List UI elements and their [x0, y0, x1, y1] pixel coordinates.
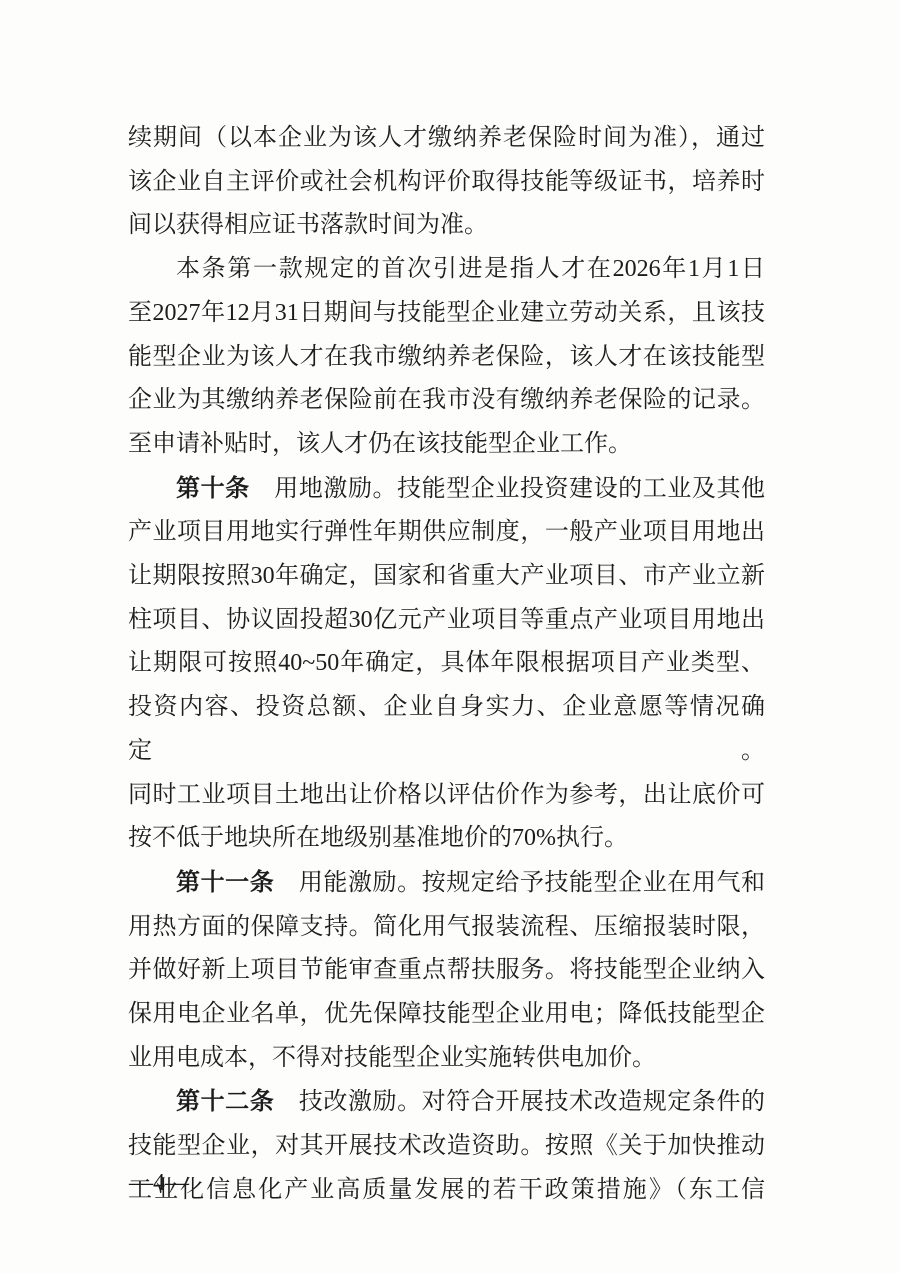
text-line: 本条第一款规定的首次引进是指人才在2026年1月1日 — [128, 248, 765, 292]
line-text: 业用电成本，不得对技能型企业实施转供电加价。 — [128, 1045, 656, 1071]
text-line: 按不低于地块所在地级别基准地价的70%执行。 — [128, 817, 765, 861]
article-number-bold: 第十一条 — [176, 869, 274, 896]
line-text: 按不低于地块所在地级别基准地价的70%执行。 — [128, 825, 628, 851]
text-line: 企业为其缴纳养老保险前在我市没有缴纳养老保险的记录。 — [128, 379, 765, 423]
text-line: 工业化信息化产业高质量发展的若干政策措施》（东工信 — [128, 1169, 765, 1213]
line-text: 用地激励。技能型企业投资建设的工业及其他 — [250, 476, 765, 502]
text-line: 用热方面的保障支持。简化用气报装流程、压缩报装时限， — [128, 906, 765, 950]
line-text: 用热方面的保障支持。简化用气报装流程、压缩报装时限， — [128, 914, 765, 940]
line-text: 本条第一款规定的首次引进是指人才在2026年1月1日 — [176, 256, 765, 282]
document-page: 续期间（以本企业为该人才缴纳养老保险时间为准），通过该企业自主评价或社会机构评价… — [0, 0, 900, 1273]
line-text: 续期间（以本企业为该人才缴纳养老保险时间为准），通过 — [128, 125, 765, 151]
line-text: 产业项目用地实行弹性年期供应制度，一般产业项目用地出 — [128, 519, 765, 545]
text-line: 续期间（以本企业为该人才缴纳养老保险时间为准），通过 — [128, 117, 765, 161]
line-text: 柱项目、协议固投超30亿元产业项目等重点产业项目用地出 — [128, 607, 765, 633]
line-text: 技改激励。对符合开展技术改造规定条件的 — [274, 1089, 765, 1115]
article-number-bold: 第十二条 — [176, 1088, 274, 1115]
line-text: 至申请补贴时，该人才仍在该技能型企业工作。 — [128, 431, 632, 457]
text-line: 让期限按照30年确定，国家和省重大产业项目、市产业立新 — [128, 555, 765, 599]
line-text: 企业为其缴纳养老保险前在我市没有缴纳养老保险的记录。 — [128, 387, 765, 413]
line-text: 保用电企业名单，优先保障技能型企业用电；降低技能型企 — [128, 1001, 765, 1027]
line-text: 至2027年12月31日期间与技能型企业建立劳动关系，且该技 — [128, 300, 765, 326]
text-line: 柱项目、协议固投超30亿元产业项目等重点产业项目用地出 — [128, 599, 765, 643]
document-body: 续期间（以本企业为该人才缴纳养老保险时间为准），通过该企业自主评价或社会机构评价… — [128, 117, 765, 1213]
line-text: 工业化信息化产业高质量发展的若干政策措施》（东工信 — [128, 1177, 765, 1203]
line-text: 让期限按照30年确定，国家和省重大产业项目、市产业立新 — [128, 563, 765, 589]
line-text: 同时工业项目土地出让价格以评估价作为参考，出让底价可 — [128, 782, 765, 808]
text-line: 产业项目用地实行弹性年期供应制度，一般产业项目用地出 — [128, 511, 765, 555]
text-line: 保用电企业名单，优先保障技能型企业用电；降低技能型企 — [128, 993, 765, 1037]
text-line: 业用电成本，不得对技能型企业实施转供电加价。 — [128, 1037, 765, 1081]
text-line: 能型企业为该人才在我市缴纳养老保险，该人才在该技能型 — [128, 336, 765, 380]
line-text: 间以获得相应证书落款时间为准。 — [128, 212, 488, 238]
page-number: —4— — [129, 1168, 189, 1198]
text-line: 第十条 用地激励。技能型企业投资建设的工业及其他 — [128, 467, 765, 512]
text-line: 投资内容、投资总额、企业自身实力、企业意愿等情况确定。 — [128, 686, 765, 773]
line-text: 该企业自主评价或社会机构评价取得技能等级证书，培养时 — [128, 169, 765, 195]
line-text: 能型企业为该人才在我市缴纳养老保险，该人才在该技能型 — [128, 344, 765, 370]
text-line: 至申请补贴时，该人才仍在该技能型企业工作。 — [128, 423, 765, 467]
text-line: 同时工业项目土地出让价格以评估价作为参考，出让底价可 — [128, 774, 765, 818]
line-text: 并做好新上项目节能审查重点帮扶服务。将技能型企业纳入 — [128, 957, 765, 983]
text-line: 第十二条 技改激励。对符合开展技术改造规定条件的 — [128, 1080, 765, 1125]
text-line: 让期限可按照40~50年确定，具体年限根据项目产业类型、 — [128, 642, 765, 686]
text-line: 并做好新上项目节能审查重点帮扶服务。将技能型企业纳入 — [128, 949, 765, 993]
line-text: 让期限可按照40~50年确定，具体年限根据项目产业类型、 — [128, 650, 765, 676]
text-line: 至2027年12月31日期间与技能型企业建立劳动关系，且该技 — [128, 292, 765, 336]
line-text: 技能型企业，对其开展技术改造资助。按照《关于加快推动 — [128, 1133, 765, 1159]
text-line: 第十一条 用能激励。按规定给予技能型企业在用气和 — [128, 861, 765, 906]
text-line: 技能型企业，对其开展技术改造资助。按照《关于加快推动 — [128, 1125, 765, 1169]
text-line: 间以获得相应证书落款时间为准。 — [128, 204, 765, 248]
line-text: 投资内容、投资总额、企业自身实力、企业意愿等情况确定。 — [128, 694, 765, 764]
text-line: 该企业自主评价或社会机构评价取得技能等级证书，培养时 — [128, 161, 765, 205]
article-number-bold: 第十条 — [176, 475, 250, 502]
line-text: 用能激励。按规定给予技能型企业在用气和 — [274, 870, 765, 896]
